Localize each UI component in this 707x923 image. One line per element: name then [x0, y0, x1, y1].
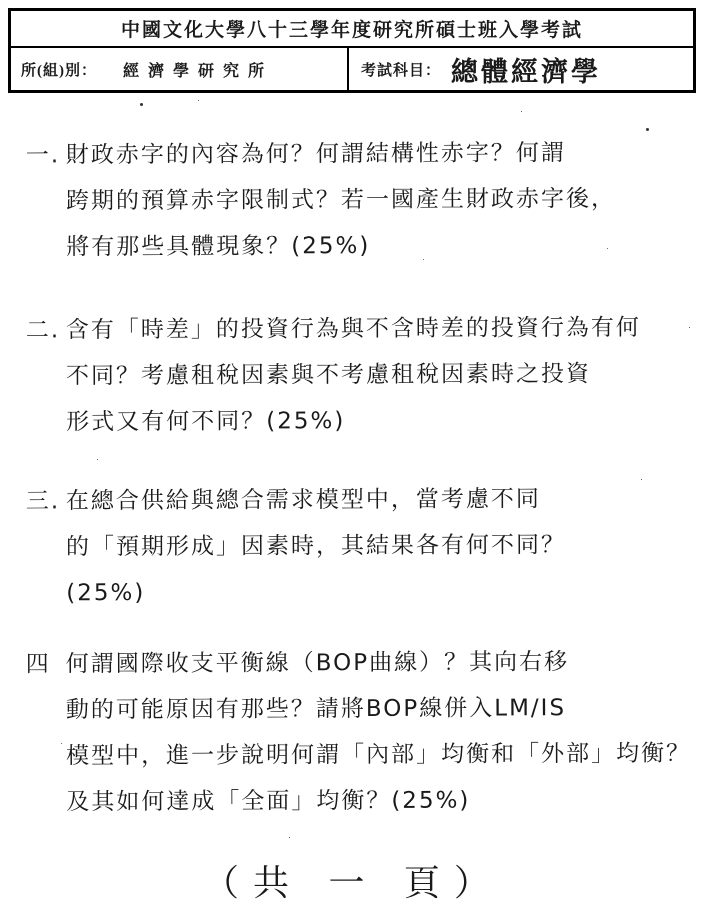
question-2: 二. 含有「時差」的投資行為與不含時差的投資行為有何 不同？考慮租稅因素與不考慮…: [26, 305, 706, 446]
department-cell: 所(組)別： 經濟學研究所: [11, 48, 347, 90]
question-3-line-2: 的「預期形成」因素時，其結果各有何不同？: [66, 522, 705, 571]
question-4-text: 何謂國際收支平衡線（BOP曲線）？其向右移 動的可能原因有那些？請將BOP線併入…: [66, 639, 706, 826]
exam-header-table: 中國文化大學八十三學年度研究所碩士班入學考試 所(組)別： 經濟學研究所 考試科…: [8, 8, 696, 93]
department-value: 經濟學研究所: [123, 58, 273, 81]
question-4-line-1: 何謂國際收支平衡線（BOP曲線）？其向右移: [66, 639, 705, 688]
question-1-line-2: 跨期的預算赤字限制式？若一國產生財政赤字後，: [66, 176, 705, 225]
question-2-line-2: 不同？考慮租稅因素與不考慮租稅因素時之投資: [66, 351, 705, 400]
exam-title: 中國文化大學八十三學年度研究所碩士班入學考試: [11, 11, 693, 46]
page-count-note: （共 一 頁）: [0, 855, 707, 906]
subject-cell: 考試科目： 總體經濟學: [347, 48, 693, 90]
question-3: 三. 在總合供給與總合需求模型中，當考慮不同 的「預期形成」因素時，其結果各有何…: [26, 476, 706, 617]
subject-value: 總體經濟學: [451, 50, 601, 89]
question-2-text: 含有「時差」的投資行為與不含時差的投資行為有何 不同？考慮租稅因素與不考慮租稅因…: [66, 305, 706, 446]
department-label: 所(組)別：: [21, 59, 97, 80]
question-3-line-1: 在總合供給與總合需求模型中，當考慮不同: [66, 476, 705, 525]
question-3-line-3: (25%): [66, 568, 705, 617]
question-1-line-1: 財政赤字的內容為何？何謂結構性赤字？何謂: [66, 130, 705, 179]
question-2-line-3: 形式又有何不同？(25%): [66, 397, 705, 446]
question-4: 四 何謂國際收支平衡線（BOP曲線）？其向右移 動的可能原因有那些？請將BOP線…: [26, 639, 706, 826]
question-2-line-1: 含有「時差」的投資行為與不含時差的投資行為有何: [66, 305, 705, 354]
question-4-number: 四: [26, 641, 67, 825]
question-2-number: 二.: [26, 307, 67, 445]
exam-header-row: 所(組)別： 經濟學研究所 考試科目： 總體經濟學: [11, 46, 693, 90]
scan-noise: [0, 0, 3, 3]
subject-label: 考試科目：: [361, 59, 441, 80]
question-3-number: 三.: [26, 478, 67, 616]
question-1-line-3: 將有那些具體現象？(25%): [66, 222, 705, 271]
question-4-line-2: 動的可能原因有那些？請將BOP線併入LM/IS: [66, 685, 705, 734]
exam-paper-page: 中國文化大學八十三學年度研究所碩士班入學考試 所(組)別： 經濟學研究所 考試科…: [0, 0, 707, 923]
question-4-line-3: 模型中，進一步說明何謂「內部」均衡和「外部」均衡？: [66, 731, 705, 780]
question-1-number: 一.: [26, 132, 67, 270]
question-4-line-4: 及其如何達成「全面」均衡？(25%): [66, 777, 705, 826]
question-1: 一. 財政赤字的內容為何？何謂結構性赤字？何謂 跨期的預算赤字限制式？若一國產生…: [26, 130, 706, 271]
question-1-text: 財政赤字的內容為何？何謂結構性赤字？何謂 跨期的預算赤字限制式？若一國產生財政赤…: [66, 130, 706, 271]
question-3-text: 在總合供給與總合需求模型中，當考慮不同 的「預期形成」因素時，其結果各有何不同？…: [66, 476, 706, 617]
